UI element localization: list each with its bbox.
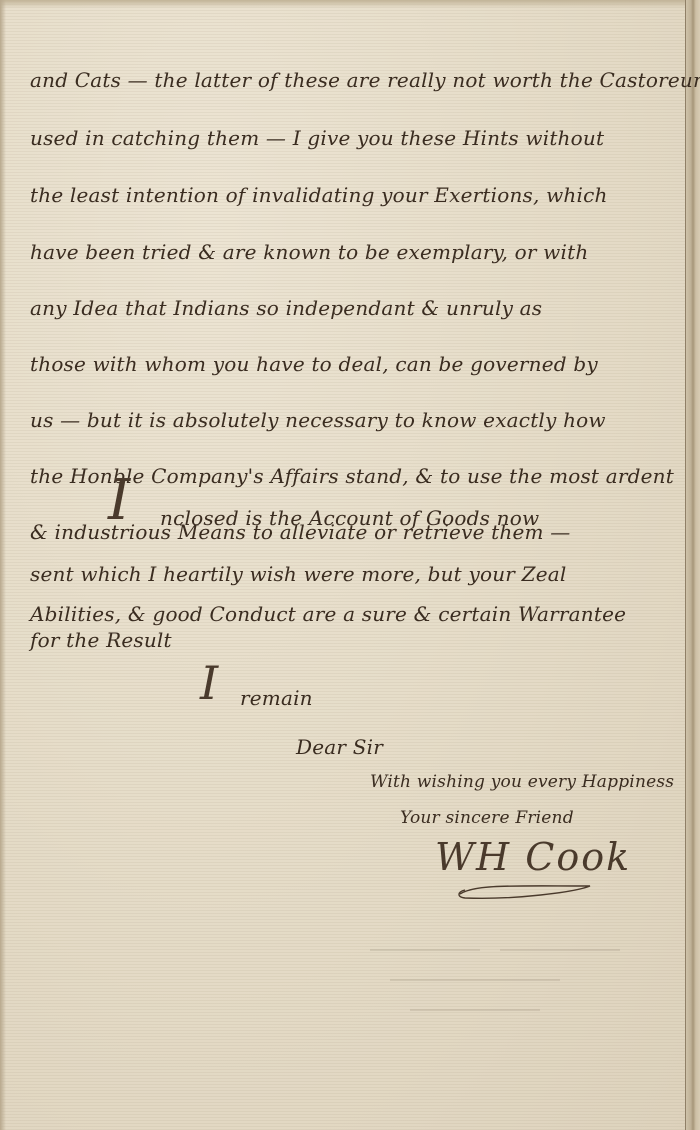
paragraph2-line-3: Abilities, & good Conduct are a sure & c…	[30, 602, 626, 626]
closing-wishes: With wishing you every Happiness	[370, 772, 674, 792]
page-left-shadow	[0, 0, 6, 1130]
closing-friend: Your sincere Friend	[400, 808, 574, 828]
body-line-2: used in catching them — I give you these…	[30, 126, 604, 150]
paragraph2-line-4: for the Result	[30, 628, 172, 652]
closing-dropcap: I	[200, 656, 218, 710]
body-line-1: and Cats — the latter of these are reall…	[30, 68, 700, 92]
body-line-4: have been tried & are known to be exempl…	[30, 240, 588, 264]
book-binding-edge	[685, 0, 700, 1130]
closing-salutation: Dear Sir	[296, 735, 383, 759]
paragraph2-dropcap: I	[108, 468, 130, 533]
body-line-5: any Idea that Indians so independant & u…	[30, 296, 542, 320]
body-line-6: those with whom you have to deal, can be…	[30, 352, 598, 376]
closing-remain: remain	[240, 686, 313, 710]
paragraph2-line-2: sent which I heartily wish were more, bu…	[30, 562, 566, 586]
signature: WH Cook	[435, 835, 631, 879]
paragraph2-line-1: nclosed is the Account of Goods now	[160, 506, 539, 530]
body-line-3: the least intention of invalidating your…	[30, 183, 608, 207]
body-line-7: us — but it is absolutely necessary to k…	[30, 408, 606, 432]
ink-bleed-through	[360, 920, 660, 1040]
signature-flourish	[455, 880, 595, 902]
letter-page: and Cats — the latter of these are reall…	[0, 0, 700, 1130]
page-top-shadow	[0, 0, 700, 8]
